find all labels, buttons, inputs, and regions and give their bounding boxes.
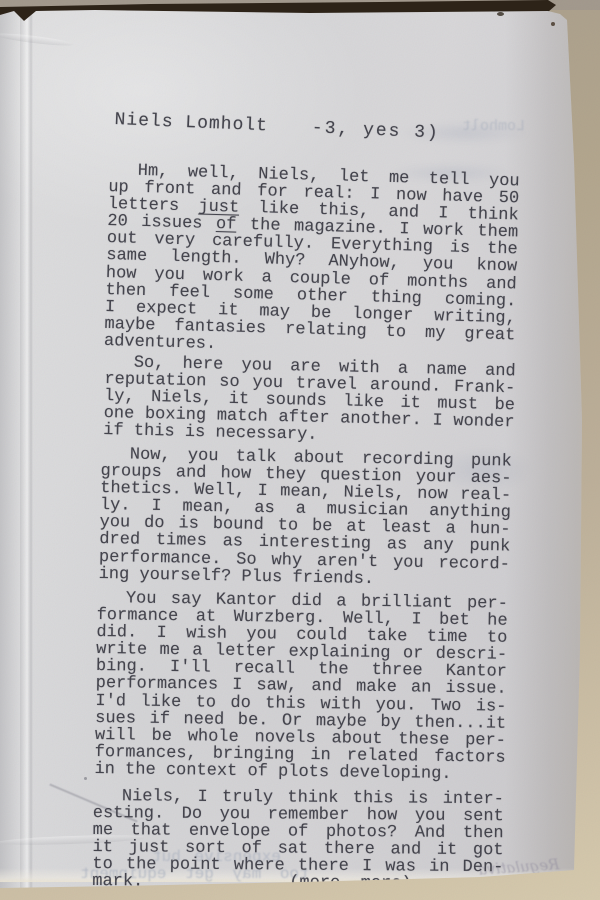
paragraph-1: Hm, well, Niels, let me tell you up fron… [104, 162, 520, 361]
paragraph-3: Now, you talk about recording punk group… [98, 446, 511, 590]
paragraph-5: Niels, I truly think this is inter- esti… [92, 788, 504, 894]
letter-body: Hm, well, Niels, let me tell you up fron… [0, 162, 600, 891]
letter-header: Niels Lomholt-3, yes 3) [114, 110, 440, 144]
recipient-name: Niels Lomholt [114, 110, 268, 136]
more-note: (more, more) [289, 875, 412, 893]
paper-speck [497, 12, 504, 16]
photo-of-typewritten-letter: Lomholt expensive but too may get equipm… [0, 0, 600, 900]
text-line: in the context of plots developing. [94, 761, 505, 784]
closing-word: mark. [92, 873, 143, 892]
closing-line: mark. (more, more) [92, 874, 503, 894]
paragraph-4: You say Kantor did a brilliant per- form… [94, 590, 508, 784]
page-number-note: -3, yes 3) [311, 118, 440, 143]
paper-speck [551, 22, 555, 26]
show-through-text-name: Lomholt [462, 118, 525, 135]
letter-page: Lomholt expensive but too may get equipm… [0, 0, 600, 900]
top-left-crease [0, 31, 74, 48]
paragraph-2: So, here you are with a name and reputat… [103, 354, 516, 449]
